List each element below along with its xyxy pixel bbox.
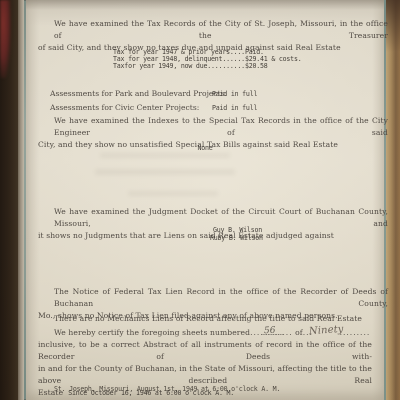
judgment-name-1: Guy B. Wilson — [213, 226, 262, 234]
assessment-park-value: Paid in full — [212, 90, 257, 98]
tax-line-1949: Taxfor year 1949, now due..........$20.5… — [113, 62, 268, 70]
scanned-document-photo: We have examined the Tax Records of the … — [0, 0, 400, 400]
document-content: We have examined the Tax Records of the … — [0, 0, 400, 400]
assessment-civic-value: Paid in full — [212, 104, 257, 112]
paragraph-judgment-line2: it shows no Judgments that are Liens on … — [38, 231, 334, 240]
paragraph-special-tax-line1: We have examined the Indexes to the Spec… — [38, 115, 388, 139]
special-tax-result: None — [38, 144, 372, 152]
certify-sheet-number: 56 — [264, 325, 276, 338]
mechanics-liens-text: There are no Mechanics Liens of Record a… — [38, 314, 362, 323]
assessment-park-label: Assessments for Park and Boulevard Proje… — [50, 89, 227, 98]
certify-line1: We hereby certify the foregoing sheets n… — [38, 328, 370, 337]
certify-handwritten-total: Ninety — [309, 324, 344, 338]
paragraph-city-tax-line1: We have examined the Tax Records of the … — [38, 18, 388, 42]
bottom-dateline: St. Joseph, Missouri, August 1st, 1949 a… — [54, 385, 280, 393]
assessment-civic-label: Assessments for Civic Center Projects: — [50, 103, 199, 112]
certify-prefix: We hereby certify the foregoing sheets n… — [54, 328, 250, 337]
certify-line2: inclusive, to be a correct Abstract of a… — [38, 339, 372, 363]
mechanics-liens-line: There are no Mechanics Liens of Record a… — [38, 313, 372, 325]
paragraph-judgment: We have examined the Judgment Docket of … — [38, 206, 372, 242]
judgment-name-2: Ruby B. Wilson — [210, 234, 263, 242]
paragraph-federal-lien-line1: The Notice of Federal Tax Lien Record in… — [38, 286, 388, 310]
certify-of-word: of — [295, 328, 303, 337]
show-through-mark — [128, 191, 218, 196]
show-through-mark — [95, 169, 235, 175]
certify-line3: in and for the County of Buchanan, in th… — [38, 363, 372, 387]
show-through-mark — [100, 153, 230, 158]
